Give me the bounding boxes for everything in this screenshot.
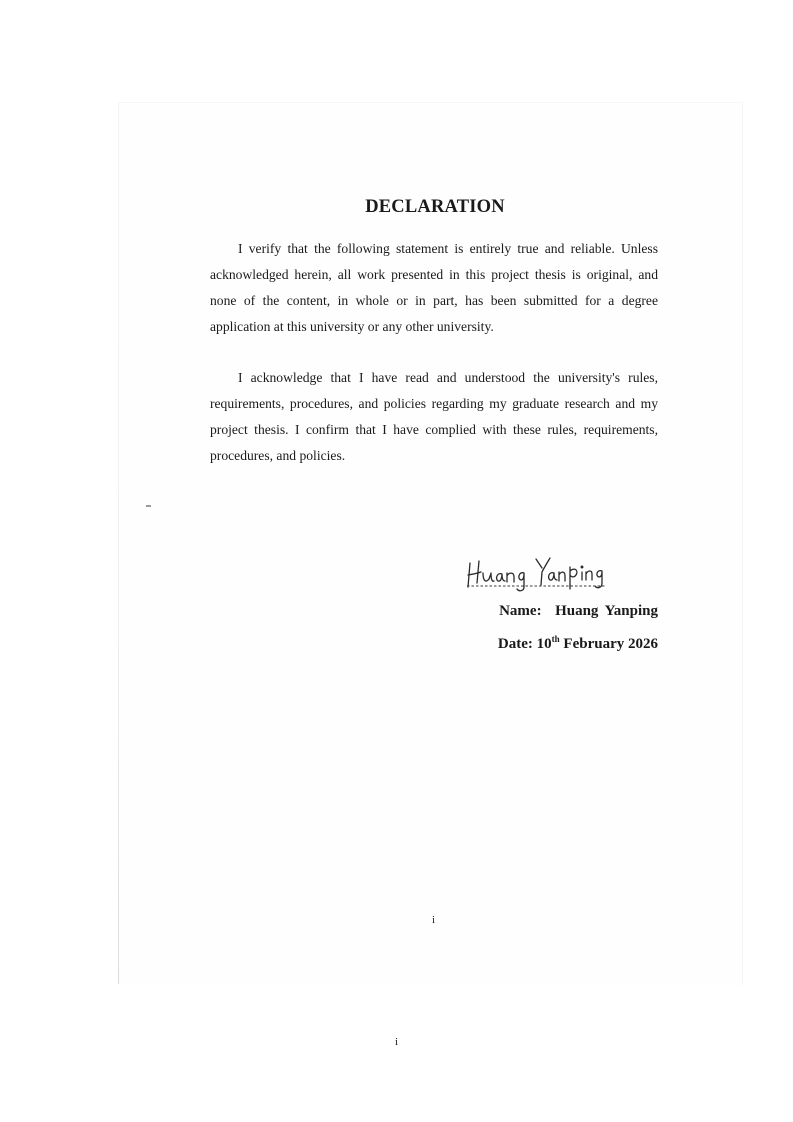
signature-icon bbox=[464, 553, 614, 593]
name-label: Name: bbox=[499, 603, 541, 619]
scanned-page-number: i bbox=[432, 914, 435, 926]
page-title: DECLARATION bbox=[210, 197, 660, 218]
page-number: i bbox=[395, 1036, 398, 1048]
name-value: Huang Yanping bbox=[555, 603, 658, 619]
declaration-paragraph-compliance: I acknowledge that I have read and under… bbox=[210, 365, 658, 469]
scanned-page bbox=[119, 102, 743, 985]
signatory-name: Name: Huang Yanping bbox=[499, 603, 658, 620]
handwritten-signature: Huang Yanping bbox=[464, 553, 614, 593]
date-month-year: February 2026 bbox=[563, 636, 658, 652]
scan-artifact-mark bbox=[146, 505, 151, 507]
date-day: 10 bbox=[537, 636, 552, 652]
declaration-paragraph-originality: I verify that the following statement is… bbox=[210, 236, 658, 340]
date-label: Date: bbox=[498, 636, 533, 652]
signature-date: Date: 10th February 2026 bbox=[498, 636, 658, 653]
date-day-suffix: th bbox=[552, 634, 560, 644]
